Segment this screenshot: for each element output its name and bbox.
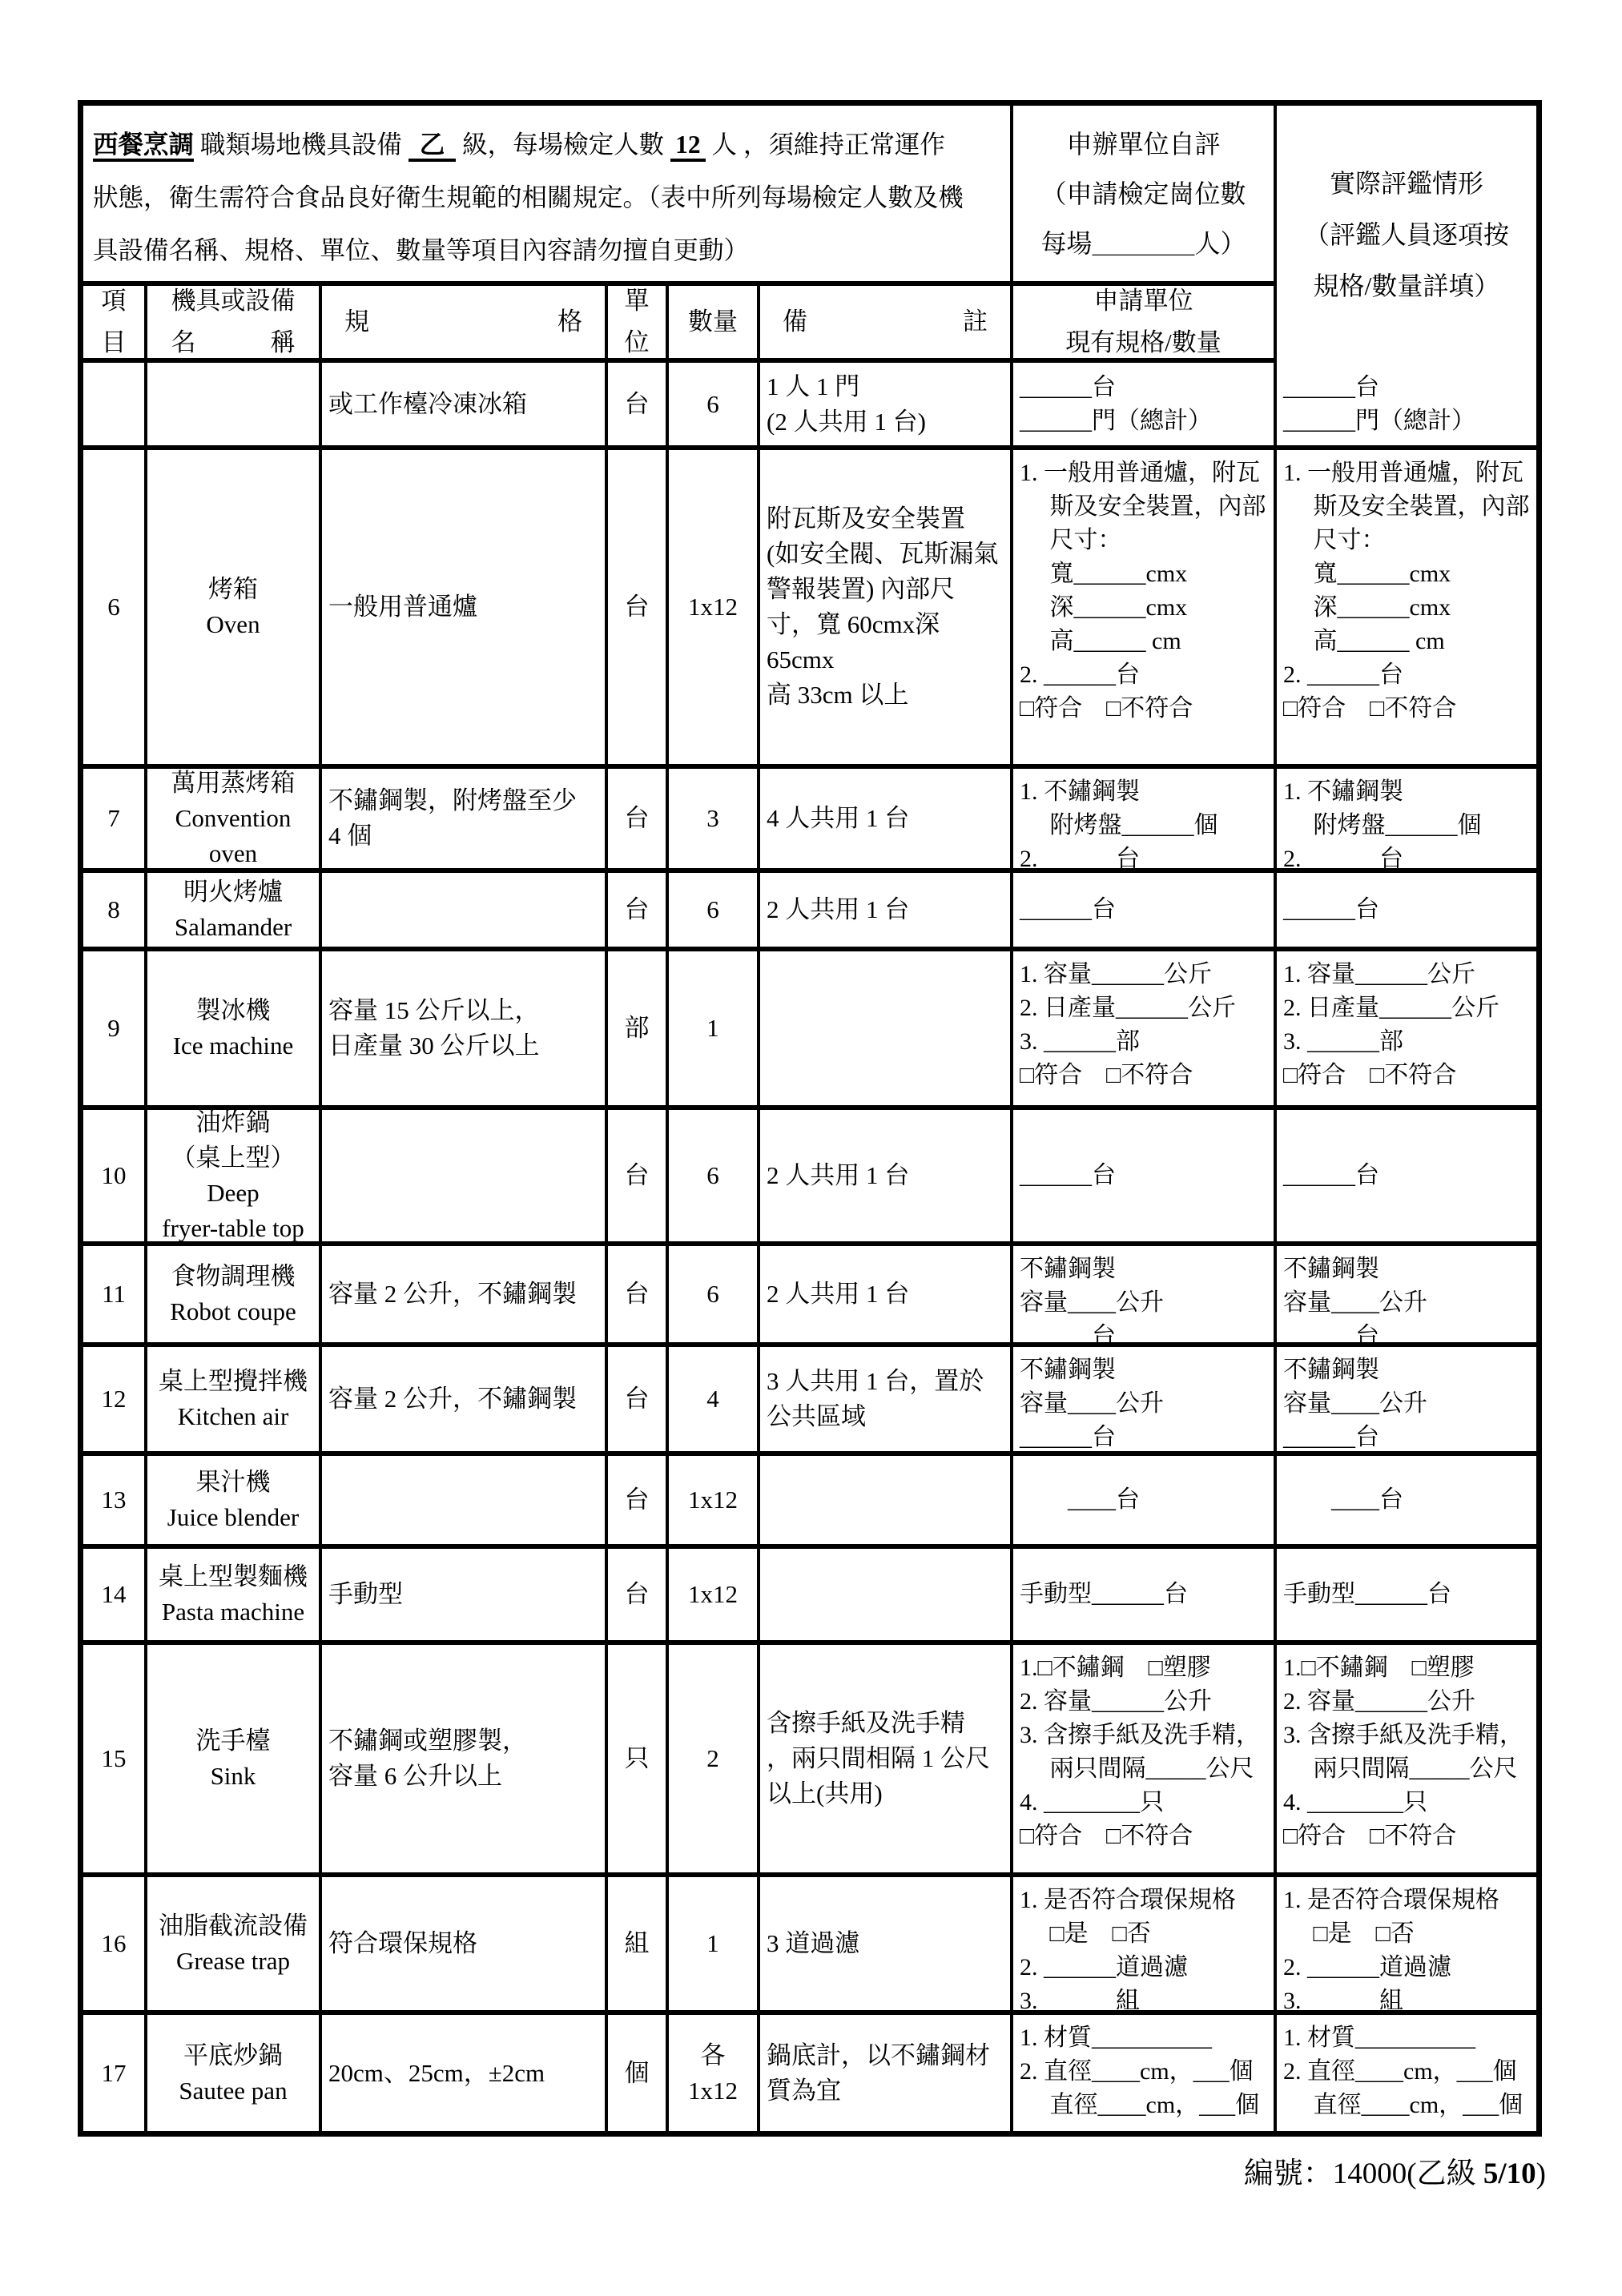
page-footer: 編號：14000(乙級 5/10) — [1244, 2149, 1546, 2192]
cell-spec: 或工作檯冷凍冰箱 — [322, 363, 608, 450]
cell-name — [147, 363, 322, 450]
col-header-spec: 規格 — [322, 286, 608, 363]
cell-item — [83, 363, 147, 450]
cell-note — [760, 951, 1013, 1110]
cell-note: 2 人共用 1 台 — [760, 1246, 1013, 1347]
cell-qty: 4 — [669, 1347, 760, 1456]
cell-note — [760, 1456, 1013, 1549]
cell-unit: 台 — [608, 873, 669, 951]
cell-unit: 台 — [608, 1347, 669, 1456]
cell-name: 果汁機 Juice blender — [147, 1456, 322, 1549]
equipment-table: 西餐烹調 職類場地機具設備 乙 級，每場檢定人數 12 人 ，須維持正常運作 狀… — [78, 100, 1542, 2137]
cell-apply-fill: 1. 不鏽鋼製 附烤盤______個 2. ______台 — [1013, 769, 1277, 873]
cell-note: 3 人共用 1 台，置於 公共區域 — [760, 1347, 1013, 1456]
col-header-item: 項目 — [83, 286, 147, 363]
cell-qty: 1x12 — [669, 1549, 760, 1645]
cell-spec: 不鏽鋼或塑膠製， 容量 6 公升以上 — [322, 1645, 608, 1877]
col-header-apply: 申請單位 現有規格/數量 — [1013, 286, 1277, 363]
cell-spec — [322, 1456, 608, 1549]
cell-spec — [322, 1110, 608, 1246]
self-eval-header: 申辦單位自評 （申請檢定崗位數 每場＿＿＿＿人） — [1013, 106, 1277, 286]
page-number: 5/10 — [1483, 2157, 1536, 2190]
cell-spec: 容量 2 公升，不鏽鋼製 — [322, 1347, 608, 1456]
cell-name: 平底炒鍋 Sautee pan — [147, 2015, 322, 2131]
cell-qty: 6 — [669, 1110, 760, 1246]
trade-name: 西餐烹調 — [93, 131, 194, 162]
cell-apply-fill: 1. 是否符合環保規格 □是 □否 2. ______道過濾 3. ______… — [1013, 1877, 1277, 2015]
cell-spec: 手動型 — [322, 1549, 608, 1645]
cell-eval-fill: 1. 材質__________ 2. 直徑____cm，___個 直徑____c… — [1277, 2015, 1536, 2131]
cell-item: 15 — [83, 1645, 147, 1877]
cell-apply-fill: 1. 材質__________ 2. 直徑____cm，___個 直徑____c… — [1013, 2015, 1277, 2131]
cell-note: 4 人共用 1 台 — [760, 769, 1013, 873]
cell-item: 8 — [83, 873, 147, 951]
cell-spec: 一般用普通爐 — [322, 450, 608, 769]
cell-spec: 不鏽鋼製，附烤盤至少 4 個 — [322, 769, 608, 873]
cell-eval-fill: 不鏽鋼製 容量____公升 ______台 — [1277, 1347, 1536, 1456]
cell-eval-fill: ______台 ______門（總計） — [1277, 363, 1536, 450]
cell-qty: 1 — [669, 1877, 760, 2015]
cell-apply-fill: ____台 — [1013, 1456, 1277, 1549]
cell-item: 11 — [83, 1246, 147, 1347]
cell-unit: 台 — [608, 769, 669, 873]
cell-item: 13 — [83, 1456, 147, 1549]
cell-item: 12 — [83, 1347, 147, 1456]
cell-qty: 1x12 — [669, 450, 760, 769]
cell-eval-fill: 1. 是否符合環保規格 □是 □否 2. ______道過濾 3. ______… — [1277, 1877, 1536, 2015]
cell-eval-fill: 手動型______台 — [1277, 1549, 1536, 1645]
cell-apply-fill: 不鏽鋼製 容量____公升 ______台 — [1013, 1246, 1277, 1347]
cell-eval-fill: ____台 — [1277, 1456, 1536, 1549]
cell-spec: 符合環保規格 — [322, 1877, 608, 2015]
actual-eval-header: 實際評鑑情形 （評鑑人員逐項按 規格/數量詳填） — [1277, 106, 1536, 363]
cell-item: 14 — [83, 1549, 147, 1645]
cell-eval-fill: ______台 — [1277, 873, 1536, 951]
cell-item: 17 — [83, 2015, 147, 2131]
cell-spec: 容量 15 公斤以上， 日產量 30 公斤以上 — [322, 951, 608, 1110]
cell-name: 萬用蒸烤箱 Convention oven — [147, 769, 322, 873]
cell-qty: 1x12 — [669, 1456, 760, 1549]
cell-item: 9 — [83, 951, 147, 1110]
col-header-unit: 單位 — [608, 286, 669, 363]
cell-apply-fill: 1. 一般用普通爐，附瓦 斯及安全裝置，內部 尺寸： 寬______cmx 深_… — [1013, 450, 1277, 769]
table-title: 西餐烹調 職類場地機具設備 乙 級，每場檢定人數 12 人 ，須維持正常運作 狀… — [83, 106, 1013, 286]
cell-item: 16 — [83, 1877, 147, 2015]
cell-unit: 台 — [608, 1246, 669, 1347]
cell-apply-fill: 1. 容量______公斤 2. 日產量______公斤 3. ______部 … — [1013, 951, 1277, 1110]
cell-unit: 組 — [608, 1877, 669, 2015]
cell-qty: 各 1x12 — [669, 2015, 760, 2131]
cell-note — [760, 1549, 1013, 1645]
cell-note: 含擦手紙及洗手精 ，兩只間相隔 1 公尺 以上(共用) — [760, 1645, 1013, 1877]
cell-unit: 台 — [608, 1110, 669, 1246]
cell-unit: 台 — [608, 450, 669, 769]
grade-value: 乙 — [409, 131, 457, 162]
cell-spec — [322, 873, 608, 951]
cell-apply-fill: ______台 — [1013, 1110, 1277, 1246]
cell-qty: 1 — [669, 951, 760, 1110]
cell-eval-fill: 1. 一般用普通爐，附瓦 斯及安全裝置，內部 尺寸： 寬______cmx 深_… — [1277, 450, 1536, 769]
cell-spec: 容量 2 公升，不鏽鋼製 — [322, 1246, 608, 1347]
cell-unit: 台 — [608, 1549, 669, 1645]
cell-name: 桌上型攪拌機 Kitchen air — [147, 1347, 322, 1456]
cell-note: 1 人 1 門 (2 人共用 1 台) — [760, 363, 1013, 450]
cell-qty: 2 — [669, 1645, 760, 1877]
cell-eval-fill: 1.□不鏽鋼 □塑膠 2. 容量______公升 3. 含擦手紙及洗手精， 兩只… — [1277, 1645, 1536, 1877]
people-count: 12 — [670, 131, 706, 162]
cell-qty: 6 — [669, 363, 760, 450]
cell-name: 油脂截流設備 Grease trap — [147, 1877, 322, 2015]
col-header-qty: 數量 — [669, 286, 760, 363]
cell-eval-fill: 1. 不鏽鋼製 附烤盤______個 2. ______台 — [1277, 769, 1536, 873]
cell-name: 製冰機 Ice machine — [147, 951, 322, 1110]
cell-unit: 個 — [608, 2015, 669, 2131]
cell-name: 烤箱 Oven — [147, 450, 322, 769]
cell-item: 10 — [83, 1110, 147, 1246]
cell-note: 鍋底計，以不鏽鋼材 質為宜 — [760, 2015, 1013, 2131]
cell-note: 2 人共用 1 台 — [760, 1110, 1013, 1246]
cell-name: 油炸鍋 （桌上型） Deep fryer-table top — [147, 1110, 322, 1246]
cell-note: 3 道過濾 — [760, 1877, 1013, 2015]
document-page: 西餐烹調 職類場地機具設備 乙 級，每場檢定人數 12 人 ，須維持正常運作 狀… — [0, 0, 1622, 2296]
cell-eval-fill: 不鏽鋼製 容量____公升 ______台 — [1277, 1246, 1536, 1347]
cell-note: 附瓦斯及安全裝置 (如安全閥、瓦斯漏氣 警報裝置) 內部尺 寸，寬 60cmx深… — [760, 450, 1013, 769]
cell-unit: 台 — [608, 363, 669, 450]
cell-eval-fill: 1. 容量______公斤 2. 日產量______公斤 3. ______部 … — [1277, 951, 1536, 1110]
cell-qty: 6 — [669, 1246, 760, 1347]
cell-item: 7 — [83, 769, 147, 873]
cell-apply-fill: ______台 ______門（總計） — [1013, 363, 1277, 450]
cell-name: 洗手檯 Sink — [147, 1645, 322, 1877]
cell-name: 食物調理機 Robot coupe — [147, 1246, 322, 1347]
cell-qty: 3 — [669, 769, 760, 873]
cell-apply-fill: 1.□不鏽鋼 □塑膠 2. 容量______公升 3. 含擦手紙及洗手精， 兩只… — [1013, 1645, 1277, 1877]
cell-unit: 部 — [608, 951, 669, 1110]
col-header-note: 備註 — [760, 286, 1013, 363]
col-header-name: 機具或設備 名 稱 — [147, 286, 322, 363]
cell-note: 2 人共用 1 台 — [760, 873, 1013, 951]
cell-apply-fill: ______台 — [1013, 873, 1277, 951]
cell-name: 明火烤爐 Salamander — [147, 873, 322, 951]
cell-unit: 台 — [608, 1456, 669, 1549]
cell-item: 6 — [83, 450, 147, 769]
cell-eval-fill: ______台 — [1277, 1110, 1536, 1246]
cell-qty: 6 — [669, 873, 760, 951]
cell-spec: 20cm、25cm，±2cm — [322, 2015, 608, 2131]
cell-name: 桌上型製麵機 Pasta machine — [147, 1549, 322, 1645]
cell-apply-fill: 手動型______台 — [1013, 1549, 1277, 1645]
cell-unit: 只 — [608, 1645, 669, 1877]
cell-apply-fill: 不鏽鋼製 容量____公升 ______台 — [1013, 1347, 1277, 1456]
